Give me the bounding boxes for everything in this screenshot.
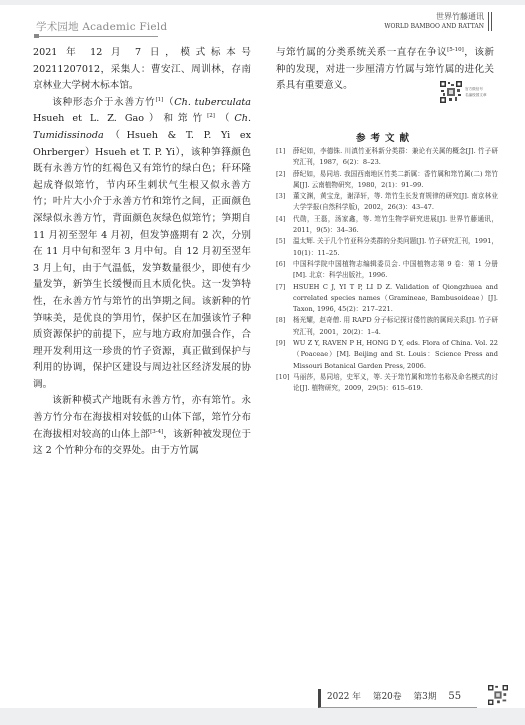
footer-qr-code-icon[interactable]: [488, 685, 508, 705]
paragraph-distribution: 该新种模式产地既有永善方竹，亦有筇竹。永善方竹分布在海拔相对较低的山体下部，筇竹…: [33, 393, 251, 459]
section-header: 学术园地 Academic Field: [36, 15, 158, 37]
reference-item: [9]WU Z Y, RAVEN P H, HONG D Y, eds. Flo…: [276, 338, 498, 372]
journal-title-cn: 世界竹藤通讯: [384, 12, 484, 22]
page-footer: 2022 年 第20卷 第3期 55: [318, 689, 477, 708]
reference-item: [3]董文渊，黄宝龙，谢泽轩，等. 筇竹生长发育规律的研究[J]. 南京林业大学…: [276, 191, 498, 214]
reference-item: [8]杨光耀，赵奇僧. 用 RAPD 分子标记探讨倭竹族的属间关系[J]. 竹子…: [276, 315, 498, 338]
journal-header: 世界竹藤通讯 WORLD BAMBOO AND RATTAN: [384, 12, 489, 31]
paragraph-specimen: 2021 年 12 月 7 日，模式标本号 20211207012，采集人：曹安…: [33, 45, 251, 95]
footer-volume: 第20卷: [373, 692, 402, 702]
header-marker-block: [34, 34, 39, 38]
left-column: 2021 年 12 月 7 日，模式标本号 20211207012，采集人：曹安…: [33, 45, 251, 460]
reference-item: [7]HSUEH C J, YI T P, LI D Z. Validation…: [276, 282, 498, 316]
reference-item: [1]薛纪如，李德铢. 川滇竹亚科新分类群：兼论有关属的概念[J]. 竹子研究汇…: [276, 146, 498, 169]
page-number: 55: [448, 691, 461, 702]
citation-5-10[interactable]: [5-10]: [447, 47, 464, 53]
citation-3-4[interactable]: [3-4]: [150, 429, 163, 435]
reference-item: [10]马丽莎，易同培，史军义，等. 关于筇竹属和筇竹名称及命名模式的讨论[J]…: [276, 372, 498, 395]
reference-item: [6]中国科学院中国植物志编辑委员会. 中国植物志第 9 卷：第 1 分册[M]…: [276, 259, 498, 282]
footer-year: 2022 年: [327, 692, 361, 702]
reference-item: [2]薛纪如，易同培. 我国西南地区竹类二新属：香竹属和筇竹属(二) 筇竹属[J…: [276, 169, 498, 192]
footer-issue: 第3期: [413, 692, 436, 702]
journal-page: 学术园地 Academic Field 世界竹藤通讯 WORLD BAMBOO …: [0, 5, 525, 708]
journal-title-en: WORLD BAMBOO AND RATTAN: [384, 22, 484, 31]
qr-code-icon[interactable]: [440, 81, 462, 103]
section-label: 学术园地 Academic Field: [36, 21, 167, 33]
reference-item: [5]温太辉. 关于几个竹亚科分类群的分类问题[J]. 竹子研究汇刊，1991，…: [276, 236, 498, 259]
qr-caption: 官方微信号 名编校园文章: [465, 86, 487, 98]
paragraph-morphology: 该种形态介于永善方竹[1]（Ch. tuberculata Hsueh et L…: [33, 95, 251, 394]
reference-item: [4]代勋，王磊，汤家鑫，等. 筇竹生物学研究进展[J]. 世界竹藤通讯，201…: [276, 214, 498, 237]
references-list: [1]薛纪如，李德铢. 川滇竹亚科新分类群：兼论有关属的概念[J]. 竹子研究汇…: [276, 146, 498, 395]
references-title: 参考文献: [276, 130, 494, 144]
citation-2[interactable]: [2]: [207, 113, 215, 119]
